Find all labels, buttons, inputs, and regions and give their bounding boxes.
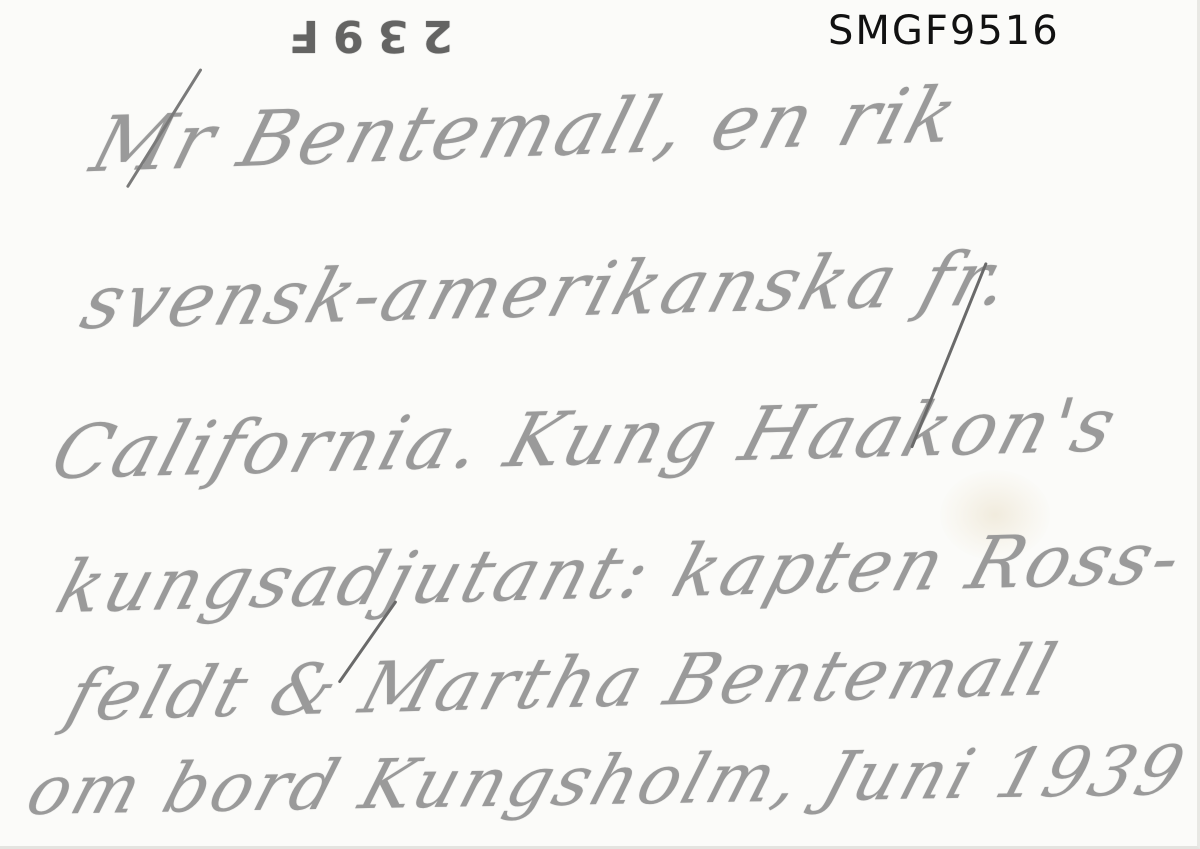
caption-line-4: kungsadjutant: kapten Ross- <box>47 515 1193 629</box>
inventory-number: SMGF9516 <box>828 8 1060 54</box>
caption-line-2: svensk-amerikanska fr. <box>72 235 1023 346</box>
stamp-number: 239F <box>275 10 453 61</box>
caption-line-1: Mr Bentemall, en rik <box>82 69 970 189</box>
caption-line-5: feldt & Martha Bentemall <box>58 629 1068 737</box>
photo-back-card: 239F SMGF9516 Mr Bentemall, en rik svens… <box>0 0 1200 849</box>
caption-line-6: om bord Kungsholm, Juni 1939 <box>18 732 1196 832</box>
